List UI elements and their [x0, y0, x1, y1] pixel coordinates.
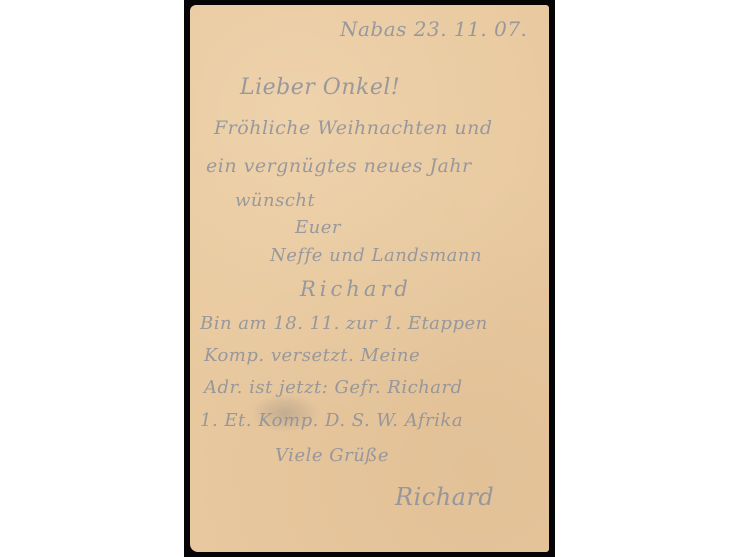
place-date: Nabas 23. 11. 07.: [340, 17, 527, 41]
postcard-frame: Nabas 23. 11. 07. Lieber Onkel! Fröhlich…: [184, 0, 555, 557]
body-line-6: Richard: [300, 277, 412, 301]
body-line-5: Neffe und Landsmann: [270, 245, 482, 266]
body-line-2: ein vergnügtes neues Jahr: [206, 155, 472, 177]
body-line-1: Fröhliche Weihnachten und: [214, 117, 493, 139]
body-line-4: Euer: [295, 217, 341, 238]
postcard: Nabas 23. 11. 07. Lieber Onkel! Fröhlich…: [190, 5, 549, 552]
body-line-3: wünscht: [235, 190, 315, 211]
postscript-line-2: Komp. versetzt. Meine: [204, 345, 420, 366]
postscript-line-1: Bin am 18. 11. zur 1. Etappen: [200, 313, 488, 334]
postscript-line-4: 1. Et. Komp. D. S. W. Afrika: [200, 410, 463, 431]
signature: Richard: [395, 483, 494, 511]
postscript-line-5: Viele Grüße: [275, 445, 389, 466]
greeting: Lieber Onkel!: [240, 75, 400, 100]
postscript-line-3: Adr. ist jetzt: Gefr. Richard: [204, 377, 463, 398]
